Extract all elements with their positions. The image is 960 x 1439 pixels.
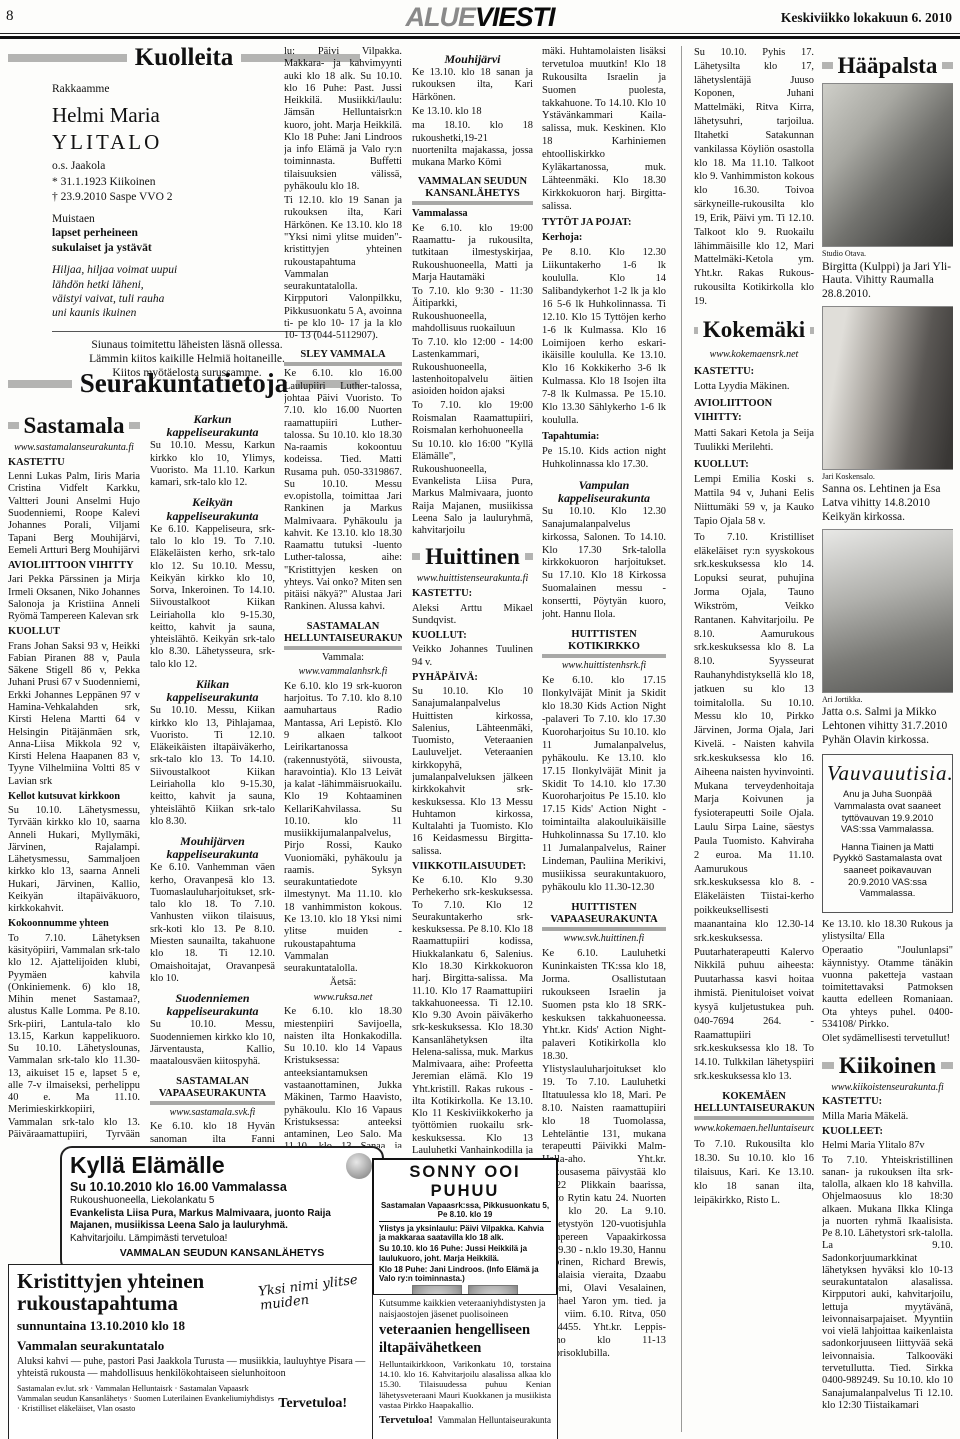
notice-paragraph: Ke 6.10. klo 19:00 Raamattu- ja rukousil… <box>412 223 533 284</box>
notice-paragraph: Ke 13.10. klo 18 <box>412 106 533 118</box>
notice-paragraph: Su 10.10. Klo 10 Sanajumalanpalvelus Hui… <box>412 686 533 858</box>
website-line: www.kiikoistenseurakunta.fi <box>822 1082 953 1094</box>
column-divider-rule <box>681 46 682 1432</box>
ad-programme: Aluksi kahvi — puhe, pastori Pasi Jaakko… <box>17 1356 371 1380</box>
subsection-heading: Keikyän kappeliseurakunta <box>150 496 275 522</box>
notice-paragraph: Su 10.10. klo 16:00 "Kyllä Elämälle", Ru… <box>412 439 533 537</box>
photo-caption: Jatta o.s. Salmi ja Mikko Lehtonen vihit… <box>822 706 953 747</box>
notice-paragraph: Su 10.10. Klo 12.30 Sanajumalanpalvelus … <box>542 506 666 622</box>
ad-title-line-2: iltapäivähetkeen <box>379 1341 551 1357</box>
centered-line: Äetsä: <box>284 977 402 989</box>
wedding-photo-2 <box>822 306 953 470</box>
photo-caption: Sanna os. Lehtinen ja Esa Latva vihitty … <box>822 483 953 524</box>
photo-credit: Ari Jortikka. <box>822 695 953 704</box>
prayer-event-ad: Kristittyjen yhteinen rukoustapahtuma Yk… <box>8 1264 380 1439</box>
label-line: KASTETTU: <box>822 1096 953 1108</box>
wedding-photo-1 <box>822 83 953 247</box>
notice-paragraph: Su 10.10. Messu, Karkun kirkko klo 10, Y… <box>150 440 275 489</box>
subsection-heading: Karkun kappeliseurakunta <box>150 413 275 439</box>
label-line: KUOLLUT: <box>412 630 533 642</box>
organisation-heading: SASTAMALAN HELLUNTAISEURAKUNNAT <box>284 621 402 650</box>
label-line: KASTETTU <box>8 457 140 469</box>
logo-part-gray: ALUE <box>405 2 475 32</box>
website-line: www.sastamalanseurakunta.fi <box>8 442 140 454</box>
masthead: 8 ALUEVIESTI Keskiviikko lokakuun 6. 201… <box>0 0 960 40</box>
notices-column-6: Su 10.10. Pyhis 17. Lähetysilta klo 17, … <box>694 46 814 1436</box>
veterans-event-ad: Kutsumme kaikkien veteraaniyhdistysten j… <box>372 1294 558 1439</box>
label-line: KASTETTU: <box>412 588 533 600</box>
website-line: www.ruksa.net <box>284 992 402 1004</box>
label-line: Vammalassa <box>412 208 533 220</box>
notice-paragraph: To 7.10. klo 9:30 - 11:30 Äitiparkki, Ru… <box>412 286 533 335</box>
label-line: KASTETTU: <box>694 365 814 379</box>
website-line: www.huittistenseurakunta.fi <box>412 573 533 585</box>
section-heading-kiikoinen: Kiikoinen <box>822 1052 953 1079</box>
notice-paragraph: Pe 8.10. Klo 12.30 Liikuntakerho 1-6 lk … <box>542 247 666 427</box>
ad-welcome: Tervetuloa! <box>278 1396 371 1414</box>
notice-paragraph: Pe 15.10. Kids action night Huhkolinnass… <box>542 446 666 472</box>
notice-paragraph: Ke 6.10. klo 18.30 miestenpiiri Savijoel… <box>284 1006 402 1148</box>
ad-welcome-line: Kahvitarjoilu. Lämpimästi tervetuloa! <box>70 1233 374 1244</box>
label-line: Kokoonnumme yhteen <box>8 918 140 930</box>
baby-news-item: Anu ja Juha Suonpää Vammalasta ovat saan… <box>827 789 948 835</box>
ad-organizers: Sastamalan ev.lut. srk · Vammalan Hellun… <box>17 1384 278 1414</box>
organisation-heading: SASTAMALAN VAPAASEURAKUNTA <box>150 1076 275 1105</box>
ad-organizer: Vammalan Helluntaiseurakunta <box>438 1415 551 1425</box>
label-line: Kerhoja: <box>542 232 666 245</box>
subsection-heading: Mouhijärvi <box>412 53 533 66</box>
notice-paragraph: To 7.10. klo 12:00 - 14:00 Lastenkammari… <box>412 337 533 398</box>
baby-news-item: Hanna Tiainen ja Matti Pyykkö Sastamalas… <box>827 842 948 900</box>
label-line: KUOLLEET: <box>822 1126 953 1138</box>
centered-line: Vammala: <box>284 652 402 664</box>
notice-paragraph: Su 10.10. Lähetysmessu, Tyrvään kirkko k… <box>8 805 140 915</box>
organizer-list-1: Sastamalan ev.lut. srk · Vammalan Hellun… <box>17 1384 278 1394</box>
ad-when: sunnuntaina 13.10.2010 klo 18 <box>17 1318 371 1334</box>
kylla-elamalle-ad: Kyllä Elämälle Su 10.10.2010 klo 16.00 V… <box>60 1146 384 1272</box>
obituary-divider <box>52 331 320 332</box>
baby-news-title: Vauvauutisia. <box>827 761 948 786</box>
notice-paragraph: Su 10.10. Pyhis 17. Lähetysilta klo 17, … <box>694 46 814 309</box>
ad-body-1: Ylistys ja yksinlaulu: Päivi Vilpakka. K… <box>379 1224 551 1242</box>
section-heading-haapalsta: Hääpalsta <box>822 52 953 79</box>
ad-intro-2: naisjaostojen jäsenet puolisoineen <box>379 1310 551 1321</box>
label-line: Kellot kutsuvat kirkkoon <box>8 791 140 803</box>
sonny-ooi-ad: SONNY OOI PUHUU Sastamalan Vapaasrk:ssa,… <box>372 1158 558 1300</box>
website-line: www.sastamala.svk.fi <box>150 1107 275 1119</box>
notice-paragraph: Helmi Maria Ylitalo 87v <box>822 1140 953 1152</box>
organisation-heading: HUITTISTEN KOTIKIRKKO <box>542 629 666 658</box>
label-line: AVIOLIITTOON VIHITTY: <box>694 397 814 425</box>
speaker-photo-circle <box>346 1153 372 1179</box>
notice-paragraph: Frans Johan Saksi 93 v, Heikki Fabian Pi… <box>8 641 140 788</box>
wedding-column: Hääpalsta Studio Otava. Birgitta (Kulppi… <box>822 46 953 1436</box>
website-line: www.kokemaen.helluntaiseurakunta.fi <box>694 1122 814 1135</box>
label-line: Tapahtumia: <box>542 431 666 444</box>
notice-paragraph: Aleksi Arttu Mikael Sundqvist. <box>412 603 533 628</box>
notice-paragraph: Lenni Lukas Palm, Iiris Maria Cristina V… <box>8 471 140 557</box>
notice-paragraph: Jari Pekka Pärssinen ja Mirja Irmeli Oks… <box>8 574 140 623</box>
subsection-heading: Mouhijärven kappeliseurakunta <box>150 835 275 861</box>
notice-paragraph: To 7.10. Rukousilta klo 18.30. Su 10.10.… <box>694 1138 814 1207</box>
ad-title-line-1: veteraanien hengelliseen <box>379 1323 551 1339</box>
subsection-heading: Kiikan kappeliseurakunta <box>150 678 275 704</box>
notice-paragraph: Ti 12.10. klo 19 Sanan ja rukouksen ilta… <box>284 195 402 342</box>
organisation-heading: SLEY VAMMALA <box>284 349 402 366</box>
notices-column-4: MouhijärviKe 13.10. klo 18 sanan ja ruko… <box>412 46 533 1154</box>
subsection-heading: Vampulan kappeliseurakunta <box>542 479 666 505</box>
ad-where: Vammalan seurakuntatalo <box>17 1338 371 1354</box>
logo-part-black: VIESTI <box>475 2 555 32</box>
website-line: www.kokemaensrk.net <box>694 348 814 361</box>
baby-news-box: Vauvauutisia. Anu ja Juha Suonpää Vammal… <box>822 754 953 913</box>
notice-paragraph: Su 10.10. Messu, Kiikan kirkko klo 13, P… <box>150 705 275 828</box>
notice-paragraph: Milla Maria Mäkelä. <box>822 1111 953 1123</box>
label-line: VIIKKOTILAISUUDET: <box>412 861 533 873</box>
notices-column-3: lu: Päivi Vilpakka. Makkara- ja kahvimyy… <box>284 46 402 1148</box>
notices-column-5: mäki. Huhtamolaisten lisäksi tervetuloa … <box>542 46 666 1436</box>
label-line: KUOLLUT <box>8 626 140 638</box>
wedding-column-bottom: Ke 13.10. klo 18.30 Rukous ja ylistysilt… <box>822 919 953 1412</box>
notice-paragraph: To 7.10. klo 19:00 Roismalan Raamattupii… <box>412 400 533 437</box>
organisation-heading: VAMMALAN SEUDUN KANSANLÄHETYS <box>412 176 533 205</box>
notice-paragraph: Veikko Johannes Tuulinen 94 v. <box>412 644 533 669</box>
ad-title: Kyllä Elämälle <box>70 1152 374 1179</box>
ad-intro-1: Kutsumme kaikkien veteraaniyhdistysten j… <box>379 1299 551 1310</box>
notice-paragraph: Ke 6.10. Klo 9.30 Perhekerho srk-keskuks… <box>412 875 533 1154</box>
organizer-list-2: Vammalan seudun Kansanlähetys · Suomen L… <box>17 1394 278 1414</box>
label-line: TYTÖT JA POJAT: <box>542 217 666 230</box>
ad-performers: Evankelista Liisa Pura, Markus Malmivaar… <box>70 1208 374 1232</box>
issue-date: Keskiviikko lokakuun 6. 2010 <box>781 10 952 26</box>
ad-venue-line: Sastamalan Vapaasrk:ssa, Pikkusuonkatu 5… <box>379 1201 551 1222</box>
notice-paragraph: Operaatio "Joulunlapsi" käynnistyy. Otam… <box>822 945 953 1031</box>
label-line: KUOLLUT: <box>694 458 814 472</box>
masthead-rule <box>0 33 960 39</box>
notice-paragraph: Ke 6.10. klo 18 Hyvän sanoman ilta Fanni… <box>150 1121 275 1142</box>
notice-paragraph: mäki. Huhtamolaisten lisäksi tervetuloa … <box>542 46 666 214</box>
website-line: www.vammalanhsrk.fi <box>284 666 402 678</box>
ad-date-line: Su 10.10.2010 klo 16.00 Vammalassa <box>70 1180 374 1194</box>
section-heading-huittinen: Huittinen <box>412 543 533 570</box>
notice-paragraph: Ke 6.10. klo 16.00 Laulupiiri Luther-tal… <box>284 368 402 613</box>
ad-body-2: Su 10.10. klo 16 Puhe: Jussi Heikkilä ja… <box>379 1244 551 1262</box>
notice-paragraph: Ke 6.10. klo 19 srk-kuoron harjoitus. To… <box>284 681 402 975</box>
notices-column-1: Sastamalawww.sastamalanseurakunta.fiKAST… <box>8 406 140 1142</box>
ad-body-3: Klo 18 Puhe: Jani Lindroos. (Info Elämä … <box>379 1265 551 1283</box>
notice-paragraph: Ke 13.10. klo 18.30 Rukous ja ylistysilt… <box>822 919 953 944</box>
photo-credit: Studio Otava. <box>822 249 953 258</box>
notice-paragraph: Ke 6.10. Vanhemman väen kerho, Oravanpes… <box>150 862 275 985</box>
notice-paragraph: ma 18.10. klo 18 rukoushetki,19-21 nuort… <box>412 120 533 169</box>
notice-paragraph: Ke 6.10. Kappeliseura, srk-talo lo klo 1… <box>150 524 275 671</box>
website-line: www.huittistenhsrk.fi <box>542 660 666 672</box>
notice-paragraph: Lotta Lyydia Mäkinen. <box>694 380 814 394</box>
notice-paragraph: To 7.10. Lähetyksen käsityöpiiri, Vammal… <box>8 933 140 1142</box>
notice-paragraph: Matti Sakari Ketola ja Seija Tuulikki Me… <box>694 427 814 455</box>
website-line: www.svk.huittinen.fi <box>542 933 666 945</box>
photo-caption: Birgitta (Kulppi) ja Jari Yli-Hauta. Vih… <box>822 261 953 302</box>
newspaper-page: 8 ALUEVIESTI Keskiviikko lokakuun 6. 201… <box>0 0 960 1439</box>
subsection-heading: Suodenniemen kappeliseurakunta <box>150 992 275 1018</box>
ad-title: SONNY OOI PUHUU <box>379 1163 551 1201</box>
notice-paragraph: To 7.10. Kristilliset eläkeläiset ry:n s… <box>694 531 814 1084</box>
notice-paragraph: Olet sydämellisesti tervetullut! <box>822 1033 953 1045</box>
notice-paragraph: Lempi Emilia Koski s. Mattila 94 v, Juha… <box>694 473 814 528</box>
section-heading-kokemaki: Kokemäki <box>694 315 814 346</box>
ad-organizer: VAMMALAN SEUDUN KANSANLÄHETYS <box>70 1247 374 1259</box>
section-heading-sastamala: Sastamala <box>8 412 140 439</box>
wedding-photo-3 <box>822 529 953 693</box>
notice-paragraph: Ke 6.10. Lauluhetki Kuninkaisten TK:ssa … <box>542 948 666 1361</box>
notice-paragraph: Ke 6.10. klo 17.15 Ilonkylväjät Minit ja… <box>542 675 666 894</box>
label-line: AVIOLIITTOON VIHITTY <box>8 560 140 572</box>
organisation-heading: HUITTISTEN VAPAASEURAKUNTA <box>542 902 666 931</box>
label-line: PYHÄPÄIVÄ: <box>412 672 533 684</box>
ad-welcome: Tervetuloa! <box>379 1414 433 1426</box>
ad-body: Helluntaikirkkoon, Varikonkatu 10, torst… <box>379 1359 551 1411</box>
notices-column-2: Karkun kappeliseurakuntaSu 10.10. Messu,… <box>150 406 275 1142</box>
notice-paragraph: lu: Päivi Vilpakka. Makkara- ja kahvimyy… <box>284 46 402 193</box>
photo-credit: Jari Koskensalo. <box>822 472 953 481</box>
organisation-heading: KOKEMÄEN HELLUNTAISEURAKUNTA <box>694 1091 814 1120</box>
notice-paragraph: Ke 13.10. klo 18 sanan ja rukouksen ilta… <box>412 67 533 104</box>
notice-paragraph: To 7.10. Yhteiskristillinen sanan- ja ru… <box>822 1155 953 1413</box>
ad-venue-line: Rukoushuoneella, Liekolankatu 5 <box>70 1195 374 1206</box>
notice-paragraph: Su 10.10. Messu, Suodenniemen kirkko klo… <box>150 1019 275 1068</box>
